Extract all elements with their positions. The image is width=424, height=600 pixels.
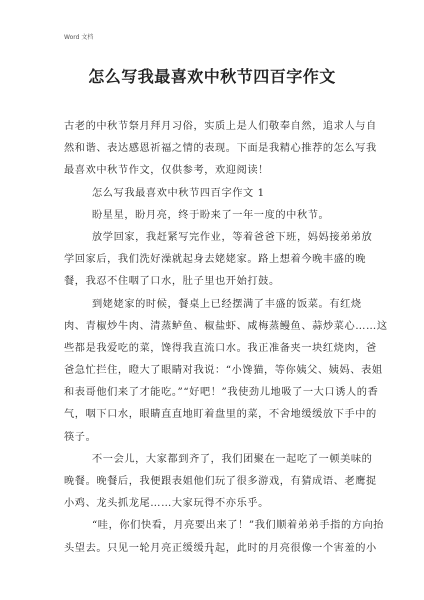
text-line: 放学回家，我赶紧写完作业，等着爸爸下班，妈妈接弟弟放 [64,227,362,249]
text-line: 到姥姥家的时候，餐桌上已经摆满了丰盛的饭菜。有红烧 [64,294,362,316]
text-line: 最喜欢中秋节作文，仅供参考，欢迎阅读！ [64,160,362,182]
text-line: 然和谐、表达感恩祈福之情的表现。下面是我精心推荐的怎么写我 [64,138,362,160]
text-line: 盼星星，盼月亮，终于盼来了一年一度的中秋节。 [64,205,362,227]
text-line: 些都是我爱吃的菜，馋得我直流口水。我正准备夹一块红烧肉，爸 [64,338,362,360]
text-line: 和表哥他们来了才能吃。”“好吧！”我使劲儿地吸了一大口诱人的香 [64,382,362,404]
text-line: 晚餐。晚餐后，我便跟表姐他们玩了很多游戏，有猜成语、老鹰捉 [64,471,362,493]
text-line: 古老的中秋节祭月拜月习俗，实质上是人们敬奉自然，追求人与自 [64,116,362,138]
section-heading: 怎么写我最喜欢中秋节四百字作文 1 [64,183,362,205]
text-line: 爸急忙拦住，瞪大了眼睛对我说：“小馋猫，等你姨父、姨妈、表姐 [64,360,362,382]
text-line: 气，咽下口水，眼睛直直地盯着盘里的菜，不舍地缓缓放下手中的 [64,404,362,426]
text-line: 小鸡、龙头抓龙尾……大家玩得不亦乐乎。 [64,493,362,515]
document-title: 怎么写我最喜欢中秋节四百字作文 [0,64,424,87]
text-line: 餐，我忍不住咽了口水，肚子里也开始打鼓。 [64,271,362,293]
page-number: 1 [0,549,424,556]
text-line: 学回家后，我们洗好澡就起身去姥姥家。路上想着今晚丰盛的晚 [64,249,362,271]
document-body: 古老的中秋节祭月拜月习俗，实质上是人们敬奉自然，追求人与自 然和谐、表达感恩祈福… [64,116,362,560]
text-line: “哇，你们快看，月亮要出来了！”我们顺着弟弟手指的方向抬 [64,515,362,537]
text-line: 不一会儿，大家都到齐了，我们团聚在一起吃了一顿美味的 [64,449,362,471]
text-line: 筷子。 [64,427,362,449]
document-header-label: Word 文档 [64,32,93,41]
text-line: 肉、青椒炒牛肉、清蒸鲈鱼、椒盐虾、咸梅蒸鳗鱼、蒜炒菜心……这 [64,316,362,338]
